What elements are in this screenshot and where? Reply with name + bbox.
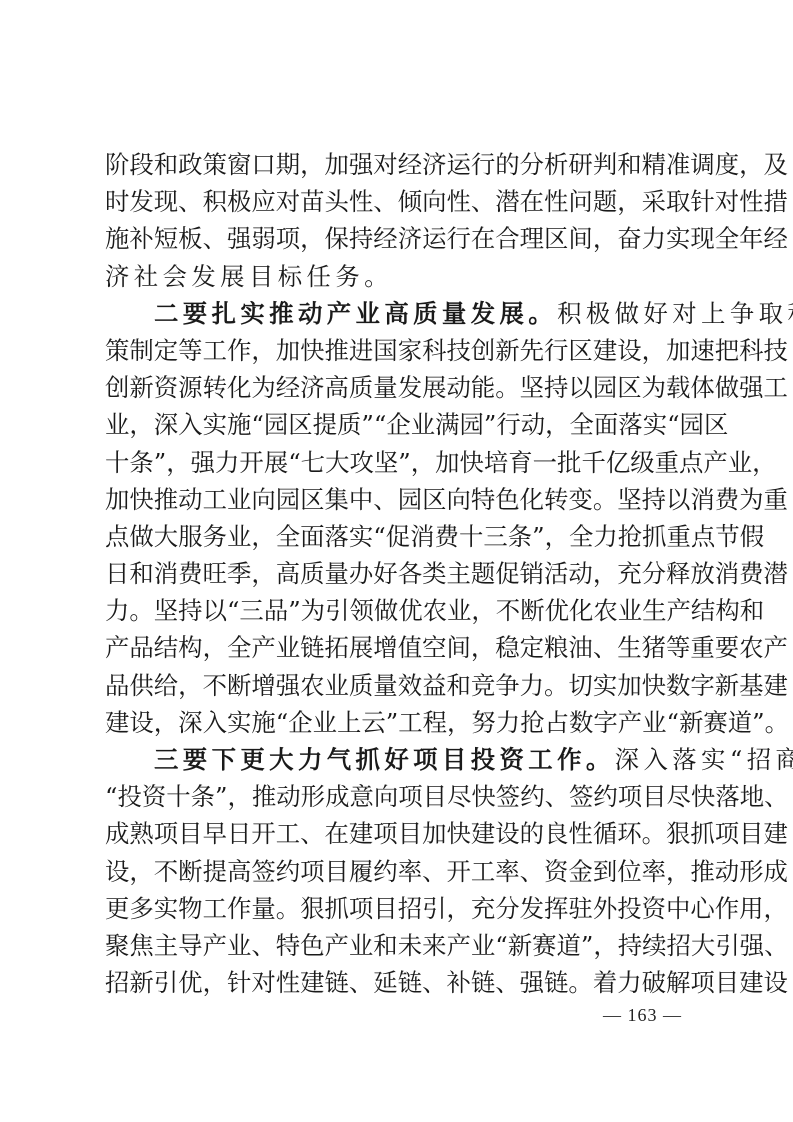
text-line: 业，深入实施“园区提质”“企业满园”行动，全面落实“园区 — [105, 406, 693, 443]
text-line: 施补短板、强弱项，保持经济运行在合理区间，奋力实现全年经 — [105, 220, 693, 257]
text-line: 创新资源转化为经济高质量发展动能。坚持以园区为载体做强工 — [105, 369, 693, 406]
document-body: 阶段和政策窗口期，加强对经济运行的分析研判和精准调度，及 时发现、积极应对苗头性… — [105, 146, 693, 1001]
text-line: 时发现、积极应对苗头性、倾向性、潜在性问题，采取针对性措 — [105, 183, 693, 220]
text-line: 成熟项目早日开工、在建项目加快建设的良性循环。狠抓项目建 — [105, 815, 693, 852]
document-page: 阶段和政策窗口期，加强对经济运行的分析研判和精准调度，及 时发现、积极应对苗头性… — [0, 0, 793, 1122]
text-line: 产品结构，全产业链拓展增值空间，稳定粮油、生猪等重要农产 — [105, 629, 693, 666]
text-line: 策制定等工作，加快推进国家科技创新先行区建设，加速把科技 — [105, 332, 693, 369]
text-line: 建设，深入实施“企业上云”工程，努力抢占数字产业“新赛道”。 — [105, 704, 693, 741]
text-line: 点做大服务业，全面落实“促消费十三条”，全力抢抓重点节假 — [105, 518, 693, 555]
text-line-first: 三要下更大力气抓好项目投资工作。深入落实“招商十条” — [105, 741, 693, 778]
text-line: 设，不断提高签约项目履约率、开工率、资金到位率，推动形成 — [105, 853, 693, 890]
paragraph-heading: 三要下更大力气抓好项目投资工作。 — [154, 745, 615, 774]
text-line-first: 二要扎实推动产业高质量发展。积极做好对上争取和配套政 — [105, 295, 693, 332]
text-line: 招新引优，针对性建链、延链、补链、强链。着力破解项目建设 — [105, 964, 693, 1001]
text-line: 阶段和政策窗口期，加强对经济运行的分析研判和精准调度，及 — [105, 146, 693, 183]
page-number: — 163 — — [603, 1005, 682, 1026]
text-run: 深入落实“招商十条” — [615, 745, 793, 774]
text-line: “投资十条”，推动形成意向项目尽快签约、签约项目尽快落地、 — [105, 778, 693, 815]
paragraph-heading: 二要扎实推动产业高质量发展。 — [154, 299, 557, 328]
paragraph-project-investment: 三要下更大力气抓好项目投资工作。深入落实“招商十条” “投资十条”，推动形成意向… — [105, 741, 693, 1001]
text-line: 济社会发展目标任务。 — [105, 258, 693, 295]
text-line: 品供给，不断增强农业质量效益和竞争力。切实加快数字新基建 — [105, 667, 693, 704]
text-line: 日和消费旺季，高质量办好各类主题促销活动，充分释放消费潜 — [105, 555, 693, 592]
text-line: 聚焦主导产业、特色产业和未来产业“新赛道”，持续招大引强、 — [105, 927, 693, 964]
paragraph-industry-development: 二要扎实推动产业高质量发展。积极做好对上争取和配套政 策制定等工作，加快推进国家… — [105, 295, 693, 741]
text-line: 十条”，强力开展“七大攻坚”，加快培育一批千亿级重点产业， — [105, 444, 693, 481]
text-line: 更多实物工作量。狠抓项目招引，充分发挥驻外投资中心作用， — [105, 890, 693, 927]
text-line: 加快推动工业向园区集中、园区向特色化转变。坚持以消费为重 — [105, 481, 693, 518]
paragraph-economic-operation: 阶段和政策窗口期，加强对经济运行的分析研判和精准调度，及 时发现、积极应对苗头性… — [105, 146, 693, 295]
text-line: 力。坚持以“三品”为引领做优农业，不断优化农业生产结构和 — [105, 592, 693, 629]
text-run: 积极做好对上争取和配套政 — [557, 299, 793, 328]
